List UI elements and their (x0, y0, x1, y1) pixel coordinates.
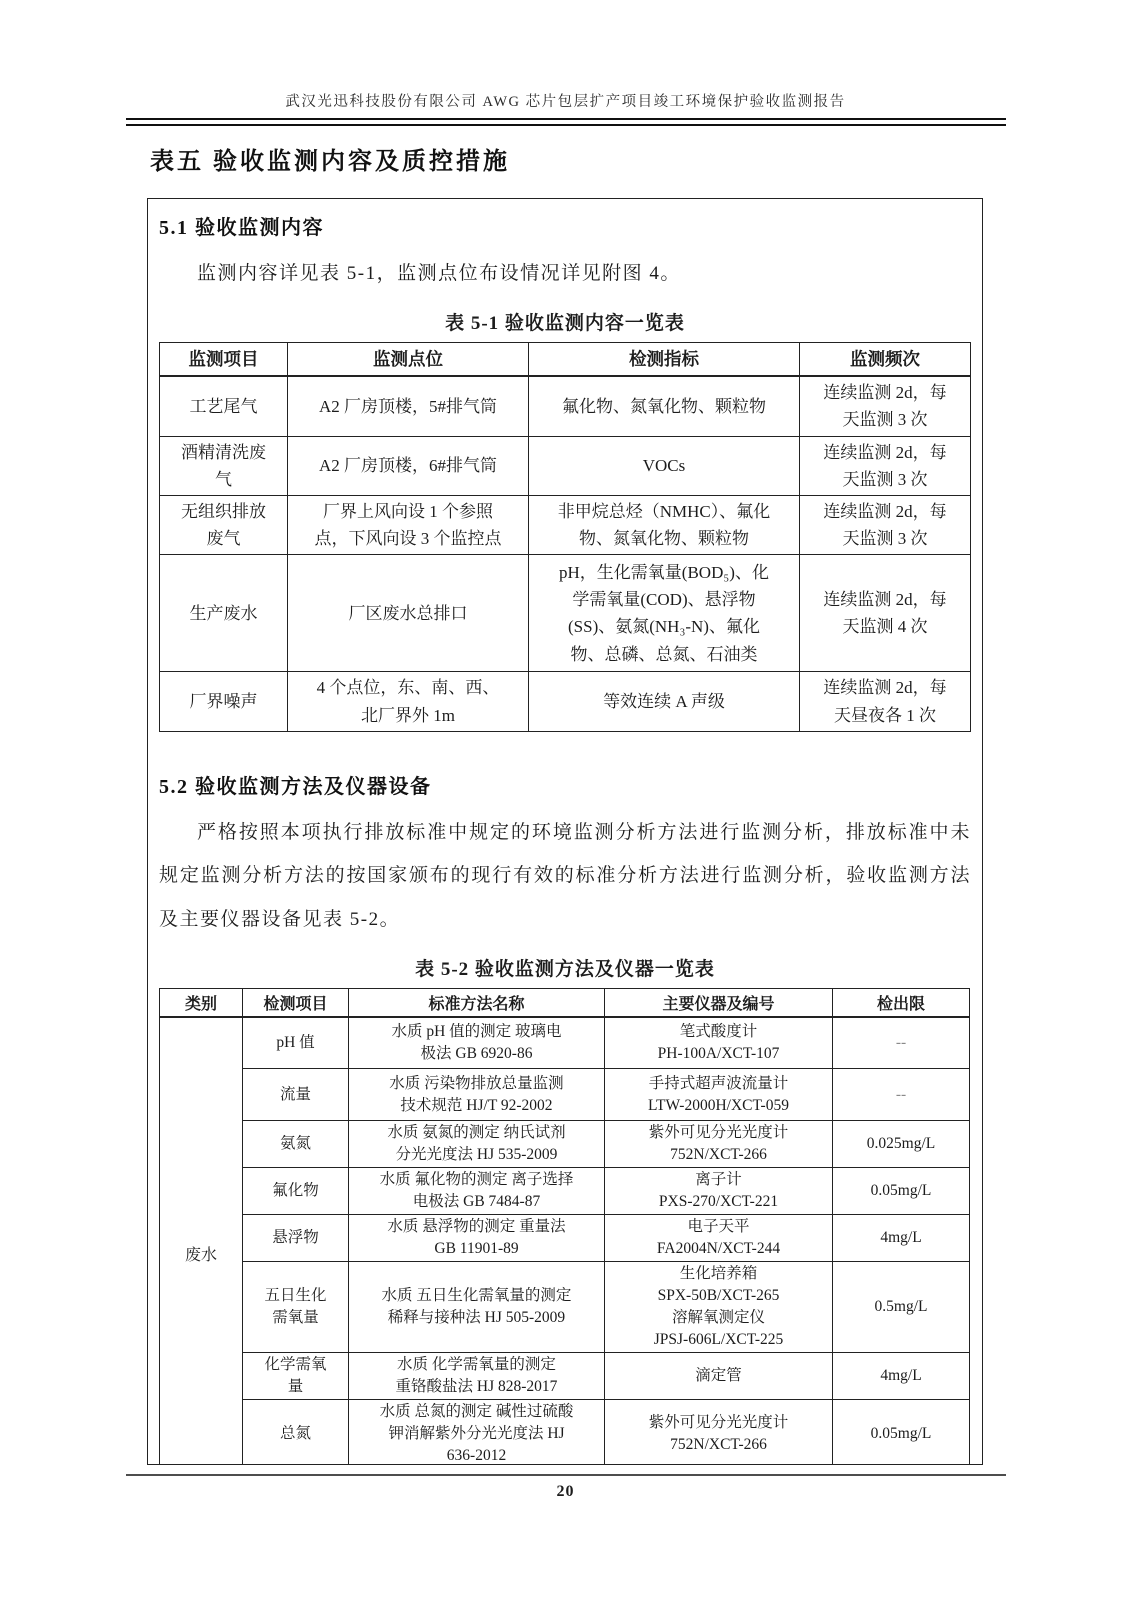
table-cell: 酒精清洗废 气 (160, 436, 288, 495)
column-header: 检测项目 (243, 988, 349, 1017)
table-5-1-header-row: 监测项目 监测点位 检测指标 监测频次 (160, 342, 971, 376)
table-cell: 滴定管 (605, 1353, 833, 1400)
table-cell: 连续监测 2d，每 天监测 3 次 (800, 376, 971, 436)
table-5-1: 监测项目 监测点位 检测指标 监测频次 工艺尾气 A2 厂房顶楼，5#排气筒 氟… (159, 342, 971, 732)
table-cell: 0.05mg/L (833, 1400, 970, 1465)
table-row: 废水 pH 值 水质 pH 值的测定 玻璃电 极法 GB 6920-86 笔式酸… (160, 1017, 970, 1069)
table-cell: 厂区废水总排口 (288, 555, 529, 672)
table-cell: 0.5mg/L (833, 1262, 970, 1353)
column-header: 检出限 (833, 988, 970, 1017)
content-box: 5.1 验收监测内容 监测内容详见表 5-1，监测点位布设情况详见附图 4。 表… (147, 198, 983, 1465)
footer-rule (126, 1474, 1006, 1476)
table-cell: 生产废水 (160, 555, 288, 672)
page-title: 表五 验收监测内容及质控措施 (150, 141, 1131, 176)
document-page: 武汉光迅科技股份有限公司 AWG 芯片包层扩产项目竣工环境保护验收监测报告 表五… (0, 0, 1131, 1600)
table-row: 无组织排放 废气 厂界上风向设 1 个参照 点，下风向设 3 个监控点 非甲烷总… (160, 495, 971, 554)
table-5-2-header-row: 类别 检测项目 标准方法名称 主要仪器及编号 检出限 (160, 988, 970, 1017)
column-header: 标准方法名称 (349, 988, 605, 1017)
table-cell: 4mg/L (833, 1353, 970, 1400)
table-row: 悬浮物 水质 悬浮物的测定 重量法 GB 11901-89 电子天平 FA200… (160, 1215, 970, 1262)
table-row: 氨氮 水质 氨氮的测定 纳氏试剂 分光光度法 HJ 535-2009 紫外可见分… (160, 1121, 970, 1168)
table-cell: 厂界噪声 (160, 672, 288, 731)
table-cell: 化学需氧 量 (243, 1353, 349, 1400)
category-cell: 废水 (160, 1017, 243, 1465)
table-cell: 氟化物、氮氧化物、颗粒物 (529, 376, 800, 436)
table-cell: pH，生化需氧量(BOD₅)、化 学需氧量(COD)、悬浮物 (SS)、氨氮(N… (529, 555, 800, 672)
column-header: 检测指标 (529, 342, 800, 376)
document-header: 武汉光迅科技股份有限公司 AWG 芯片包层扩产项目竣工环境保护验收监测报告 (0, 0, 1131, 111)
table-cell: 水质 氨氮的测定 纳氏试剂 分光光度法 HJ 535-2009 (349, 1121, 605, 1168)
table-cell: 水质 五日生化需氧量的测定 稀释与接种法 HJ 505-2009 (349, 1262, 605, 1353)
column-header: 监测项目 (160, 342, 288, 376)
table-5-1-caption: 表 5-1 验收监测内容一览表 (159, 308, 971, 335)
column-header: 监测点位 (288, 342, 529, 376)
table-row: 化学需氧 量 水质 化学需氧量的测定 重铬酸盐法 HJ 828-2017 滴定管… (160, 1353, 970, 1400)
table-cell: -- (833, 1017, 970, 1069)
table-5-2: 类别 检测项目 标准方法名称 主要仪器及编号 检出限 废水 pH 值 水质 pH… (159, 988, 970, 1465)
column-header: 监测频次 (800, 342, 971, 376)
table-row: 氟化物 水质 氟化物的测定 离子选择 电极法 GB 7484-87 离子计 PX… (160, 1168, 970, 1215)
table-cell: 流量 (243, 1069, 349, 1121)
section-5-2-heading: 5.2 验收监测方法及仪器设备 (159, 770, 971, 799)
table-cell: pH 值 (243, 1017, 349, 1069)
table-cell: 笔式酸度计 PH-100A/XCT-107 (605, 1017, 833, 1069)
table-cell: 水质 pH 值的测定 玻璃电 极法 GB 6920-86 (349, 1017, 605, 1069)
table-cell: 连续监测 2d，每 天监测 3 次 (800, 436, 971, 495)
table-cell: 连续监测 2d，每 天监测 3 次 (800, 495, 971, 554)
table-row: 酒精清洗废 气 A2 厂房顶楼，6#排气筒 VOCs 连续监测 2d，每 天监测… (160, 436, 971, 495)
table-row: 五日生化 需氧量 水质 五日生化需氧量的测定 稀释与接种法 HJ 505-200… (160, 1262, 970, 1353)
section-5-2-paragraph: 严格按照本项执行排放标准中规定的环境监测分析方法进行监测分析，排放标准中未规定监… (159, 811, 971, 942)
table-cell: 水质 氟化物的测定 离子选择 电极法 GB 7484-87 (349, 1168, 605, 1215)
table-cell: 厂界上风向设 1 个参照 点，下风向设 3 个监控点 (288, 495, 529, 554)
table-cell: 悬浮物 (243, 1215, 349, 1262)
table-cell: 紫外可见分光光度计 752N/XCT-266 (605, 1400, 833, 1465)
page-number: 20 (0, 1483, 1131, 1501)
table-cell: 电子天平 FA2004N/XCT-244 (605, 1215, 833, 1262)
table-cell: 总氮 (243, 1400, 349, 1465)
table-cell: 生化培养箱 SPX-50B/XCT-265 溶解氧测定仪 JPSJ-606L/X… (605, 1262, 833, 1353)
table-row: 工艺尾气 A2 厂房顶楼，5#排气筒 氟化物、氮氧化物、颗粒物 连续监测 2d，… (160, 376, 971, 436)
table-cell: 水质 总氮的测定 碱性过硫酸 钾消解紫外分光光度法 HJ 636-2012 (349, 1400, 605, 1465)
table-row: 流量 水质 污染物排放总量监测 技术规范 HJ/T 92-2002 手持式超声波… (160, 1069, 970, 1121)
table-cell: 工艺尾气 (160, 376, 288, 436)
table-cell: 连续监测 2d，每 天昼夜各 1 次 (800, 672, 971, 731)
section-5-1-heading: 5.1 验收监测内容 (159, 211, 971, 240)
column-header: 主要仪器及编号 (605, 988, 833, 1017)
table-cell: 非甲烷总烃（NMHC）、氟化 物、氮氧化物、颗粒物 (529, 495, 800, 554)
table-cell: -- (833, 1069, 970, 1121)
table-cell: VOCs (529, 436, 800, 495)
table-cell: 手持式超声波流量计 LTW-2000H/XCT-059 (605, 1069, 833, 1121)
table-cell: 水质 化学需氧量的测定 重铬酸盐法 HJ 828-2017 (349, 1353, 605, 1400)
table-cell: 氟化物 (243, 1168, 349, 1215)
table-cell: 等效连续 A 声级 (529, 672, 800, 731)
table-row: 生产废水 厂区废水总排口 pH，生化需氧量(BOD₅)、化 学需氧量(COD)、… (160, 555, 971, 672)
table-cell: A2 厂房顶楼，6#排气筒 (288, 436, 529, 495)
table-cell: 水质 悬浮物的测定 重量法 GB 11901-89 (349, 1215, 605, 1262)
table-cell: 水质 污染物排放总量监测 技术规范 HJ/T 92-2002 (349, 1069, 605, 1121)
table-cell: 0.05mg/L (833, 1168, 970, 1215)
table-cell: 4mg/L (833, 1215, 970, 1262)
table-cell: 紫外可见分光光度计 752N/XCT-266 (605, 1121, 833, 1168)
table-cell: 离子计 PXS-270/XCT-221 (605, 1168, 833, 1215)
column-header: 类别 (160, 988, 243, 1017)
table-cell: 氨氮 (243, 1121, 349, 1168)
table-cell: A2 厂房顶楼，5#排气筒 (288, 376, 529, 436)
section-5-1-paragraph: 监测内容详见表 5-1，监测点位布设情况详见附图 4。 (159, 252, 971, 296)
header-double-rule (126, 118, 1006, 126)
table-cell: 无组织排放 废气 (160, 495, 288, 554)
table-row: 总氮 水质 总氮的测定 碱性过硫酸 钾消解紫外分光光度法 HJ 636-2012… (160, 1400, 970, 1465)
table-cell: 五日生化 需氧量 (243, 1262, 349, 1353)
table-cell: 连续监测 2d，每 天监测 4 次 (800, 555, 971, 672)
table-cell: 0.025mg/L (833, 1121, 970, 1168)
table-5-2-caption: 表 5-2 验收监测方法及仪器一览表 (159, 954, 971, 981)
table-row: 厂界噪声 4 个点位，东、南、西、 北厂界外 1m 等效连续 A 声级 连续监测… (160, 672, 971, 731)
table-cell: 4 个点位，东、南、西、 北厂界外 1m (288, 672, 529, 731)
